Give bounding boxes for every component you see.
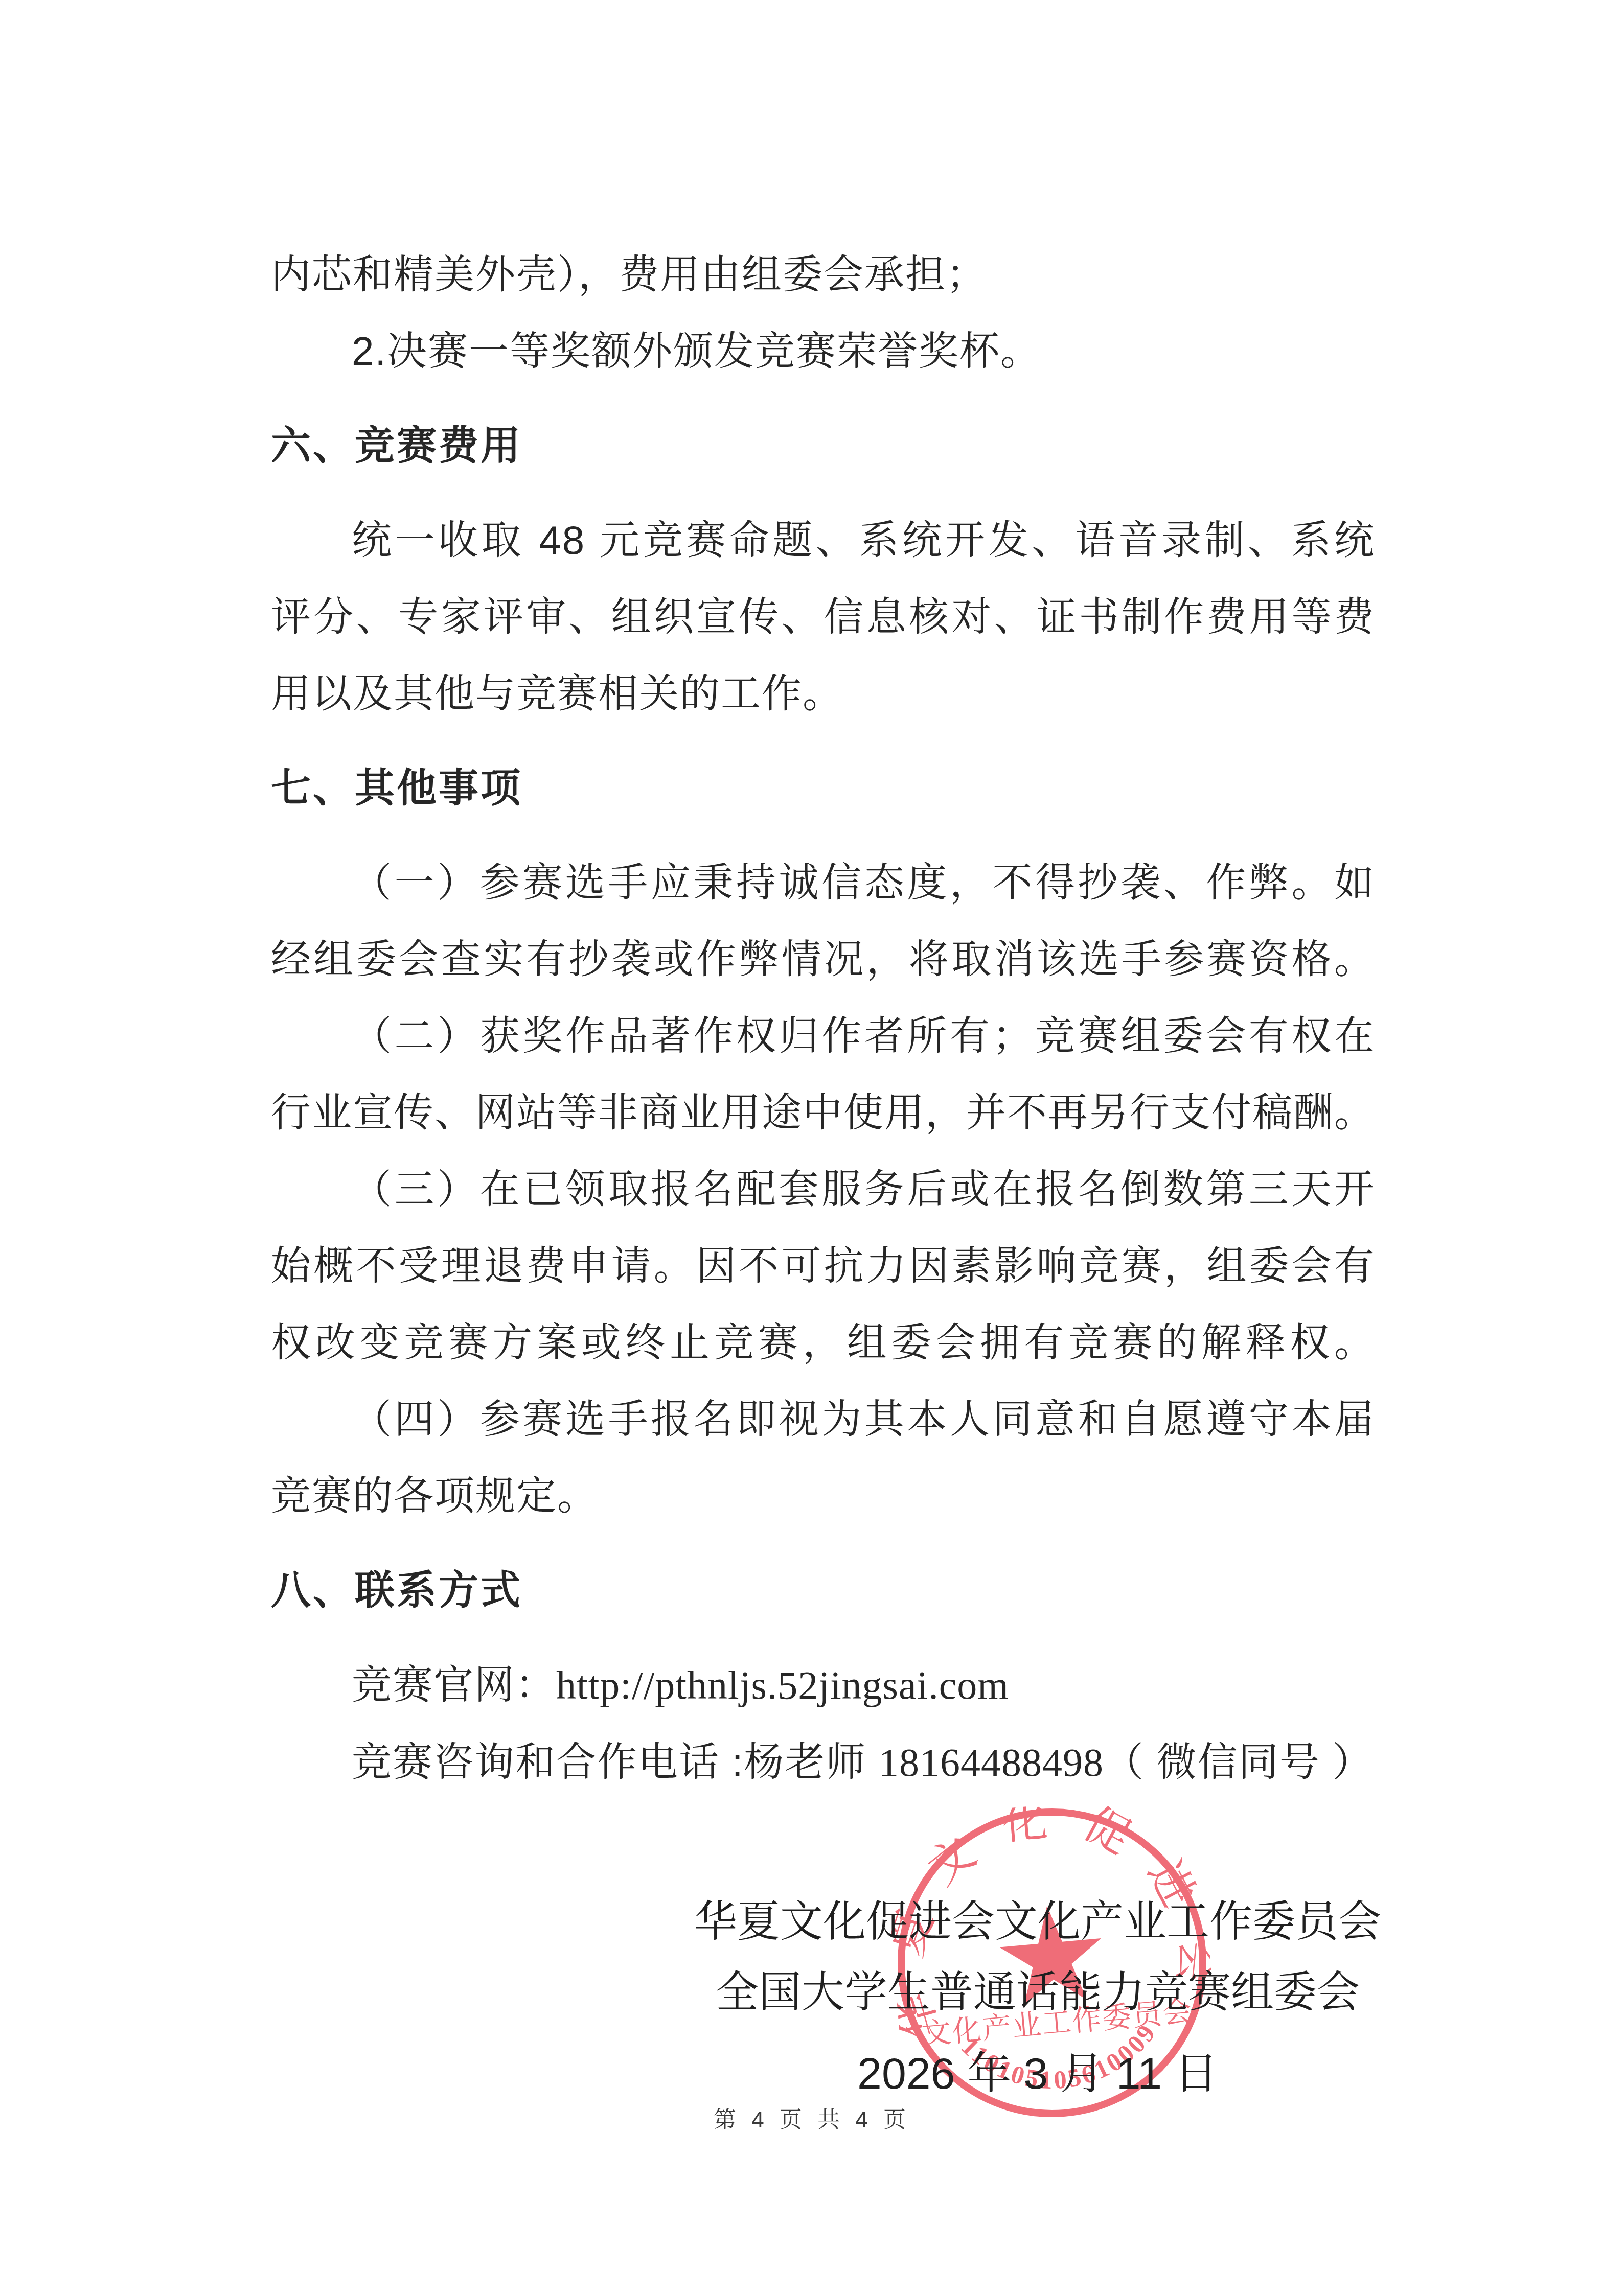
signature-org-line1: 华夏文化促进会文化产业工作委员会 [603,1886,1472,1957]
doc-line: 行业宣传、网站等非商业用途中使用，并不再另行支付稿酬。 [271,1074,1375,1151]
contact-phone-line: 竞赛咨询和合作电话 :杨老师 18164488498（ 微信同号 ） [271,1724,1375,1801]
contact-phone-number: 18164488498 [879,1740,1104,1784]
doc-line: 用以及其他与竞赛相关的工作。 [271,655,1375,732]
doc-line: 统一收取 48 元竞赛命题、系统开发、语音录制、系统 [271,502,1375,578]
contact-website-url: http://pthnljs.52jingsai.com [556,1663,1009,1707]
signature-block: 华夏文化促进会文化产业工作委员会 全国大学生普通话能力竞赛组委会 2026 年 … [603,1886,1472,2109]
doc-line: （四）参赛选手报名即视为其本人同意和自愿遵守本届 [271,1381,1375,1457]
doc-line: 内芯和精美外壳），费用由组委会承担； [271,236,1375,313]
doc-line: （二）获奖作品著作权归作者所有；竞赛组委会有权在 [271,998,1375,1074]
contact-phone-label: 竞赛咨询和合作电话 :杨老师 [352,1740,879,1784]
signature-org-line2: 全国大学生普通话能力竞赛组委会 [603,1957,1472,2027]
contact-website-line: 竞赛官网：http://pthnljs.52jingsai.com [271,1646,1375,1724]
contact-phone-suffix: （ 微信同号 ） [1104,1740,1373,1784]
doc-line: 竞赛的各项规定。 [271,1457,1375,1534]
section-heading-contact: 八、联系方式 [271,1552,1375,1629]
doc-line: 2.决赛一等奖额外颁发竞赛荣誉奖杯。 [271,313,1375,389]
page-number-footer: 第 4 页 共 4 页 [0,2101,1624,2134]
document-body: 内芯和精美外壳），费用由组委会承担； 2.决赛一等奖额外颁发竞赛荣誉奖杯。 六、… [271,236,1375,1801]
section-heading-other: 七、其他事项 [271,750,1375,826]
doc-line: （三）在已领取报名配套服务后或在报名倒数第三天开 [271,1151,1375,1227]
doc-line: 权改变竞赛方案或终止竞赛，组委会拥有竞赛的解释权。 [271,1304,1375,1381]
doc-line: 评分、专家评审、组织宣传、信息核对、证书制作费用等费 [271,578,1375,655]
section-heading-fees: 六、竞赛费用 [271,407,1375,484]
signature-date: 2026 年 3 月 11 日 [603,2038,1472,2109]
document-page: 内芯和精美外壳），费用由组委会承担； 2.决赛一等奖额外颁发竞赛荣誉奖杯。 六、… [0,0,1624,2296]
contact-website-label: 竞赛官网： [352,1662,556,1707]
doc-line: 经组委会查实有抄袭或作弊情况，将取消该选手参赛资格。 [271,921,1375,998]
doc-line: （一）参赛选手应秉持诚信态度，不得抄袭、作弊。如 [271,844,1375,921]
doc-line: 始概不受理退费申请。因不可抗力因素影响竞赛，组委会有 [271,1227,1375,1304]
